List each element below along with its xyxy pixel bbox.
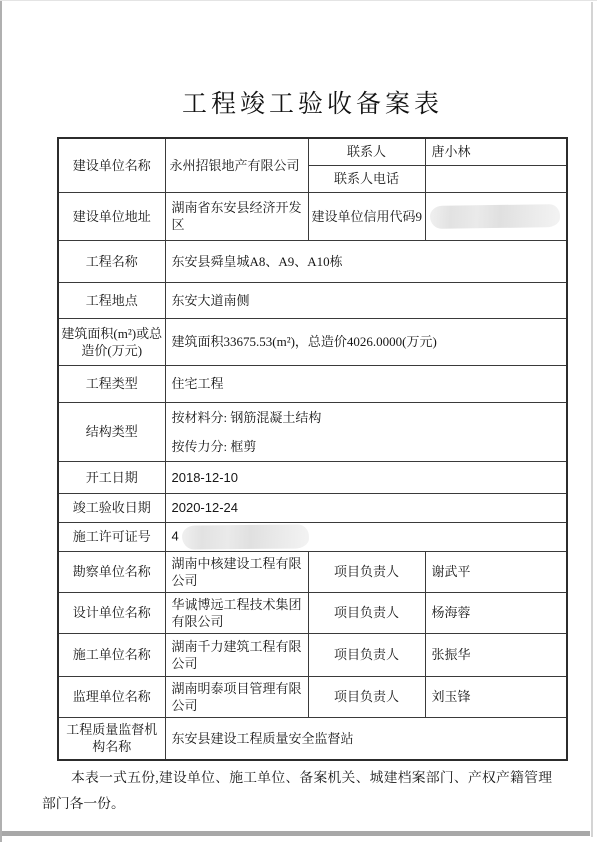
quality-org-label: 工程质量监督机构名称	[58, 717, 165, 760]
redaction-blob	[182, 524, 309, 549]
quality-org-value: 东安县建设工程质量安全监督站	[165, 717, 567, 760]
design-unit-value: 华诚博远工程技术集团有限公司	[165, 592, 308, 633]
project-location-label: 工程地点	[58, 282, 165, 318]
supervisor-manager-label: 项目负责人	[308, 676, 425, 717]
table-row: 施工许可证号 4	[58, 522, 567, 551]
start-date-label: 开工日期	[58, 461, 165, 493]
owner-address-label: 建设单位地址	[58, 192, 165, 240]
permit-number-label: 施工许可证号	[58, 522, 165, 551]
survey-manager-label: 项目负责人	[308, 551, 425, 592]
builder-manager-value: 张振华	[425, 633, 567, 676]
project-name-label: 工程名称	[58, 240, 165, 282]
supervisor-unit-value: 湖南明泰项目管理有限公司	[165, 676, 308, 717]
redaction-blob	[429, 204, 559, 229]
contact-value: 唐小林	[425, 138, 567, 165]
filing-form-table: 建设单位名称 永州招银地产有限公司 联系人 唐小林 联系人电话 建设单位地址 湖…	[57, 137, 568, 761]
design-manager-label: 项目负责人	[308, 592, 425, 633]
project-type-value: 住宅工程	[165, 365, 567, 402]
footer-note: 本表一式五份,建设单位、施工单位、备案机关、城建档案部门、产权产籍管理部门各一份…	[42, 765, 552, 817]
contact-phone-value	[425, 165, 567, 192]
credit-code-value-cell	[425, 192, 567, 240]
table-row: 监理单位名称 湖南明泰项目管理有限公司 项目负责人 刘玉锋	[58, 676, 567, 717]
table-row: 勘察单位名称 湖南中核建设工程有限公司 项目负责人 谢武平	[58, 551, 567, 592]
supervisor-manager-value: 刘玉锋	[425, 676, 567, 717]
structure-by-force: 按传力分: 框剪	[172, 438, 563, 455]
project-type-label: 工程类型	[58, 365, 165, 402]
start-date-value: 2018-12-10	[165, 461, 567, 493]
area-cost-value: 建筑面积33675.53(m²)，总造价4026.0000(万元)	[165, 318, 567, 365]
project-location-value: 东安大道南侧	[165, 282, 567, 318]
builder-unit-label: 施工单位名称	[58, 633, 165, 676]
table-row: 建设单位地址 湖南省东安县经济开发区 建设单位信用代码9	[58, 192, 567, 240]
page-edge-shadow-left	[0, 0, 2, 842]
table-row: 工程质量监督机构名称 东安县建设工程质量安全监督站	[58, 717, 567, 760]
page-edge-shadow-right	[591, 2, 593, 837]
table-row: 设计单位名称 华诚博远工程技术集团有限公司 项目负责人 杨海蓉	[58, 592, 567, 633]
scanned-form-page: 工程竣工验收备案表 建设单位名称 永州招银地产有限公司 联系人 唐小林 联系人电…	[0, 0, 597, 842]
survey-unit-value: 湖南中核建设工程有限公司	[165, 551, 308, 592]
permit-number-value: 4	[165, 522, 567, 551]
owner-name-label: 建设单位名称	[58, 138, 165, 192]
page-edge-shadow-top	[0, 0, 597, 1]
contact-label: 联系人	[308, 138, 425, 165]
design-manager-value: 杨海蓉	[425, 592, 567, 633]
owner-name-value: 永州招银地产有限公司	[165, 138, 308, 192]
acceptance-date-value: 2020-12-24	[165, 493, 567, 522]
structure-type-label: 结构类型	[58, 402, 165, 461]
table-row: 施工单位名称 湖南千力建筑工程有限公司 项目负责人 张振华	[58, 633, 567, 676]
form-title: 工程竣工验收备案表	[57, 84, 568, 120]
survey-manager-value: 谢武平	[425, 551, 567, 592]
project-name-value: 东安县舜皇城A8、A9、A10栋	[165, 240, 567, 282]
table-row: 结构类型 按材料分: 钢筋混凝土结构 按传力分: 框剪	[58, 402, 567, 461]
table-row: 工程地点 东安大道南侧	[58, 282, 567, 318]
owner-address-value: 湖南省东安县经济开发区	[165, 192, 308, 240]
table-row: 开工日期 2018-12-10	[58, 461, 567, 493]
builder-manager-label: 项目负责人	[308, 633, 425, 676]
acceptance-date-label: 竣工验收日期	[58, 493, 165, 522]
contact-phone-label: 联系人电话	[308, 165, 425, 192]
page-edge-shadow-bottom	[2, 831, 590, 836]
table-row: 建筑面积(m²)或总造价(万元) 建筑面积33675.53(m²)，总造价402…	[58, 318, 567, 365]
table-row: 工程类型 住宅工程	[58, 365, 567, 402]
credit-code-label: 建设单位信用代码9	[308, 192, 425, 240]
structure-type-value: 按材料分: 钢筋混凝土结构 按传力分: 框剪	[165, 402, 567, 461]
table-row: 建设单位名称 永州招银地产有限公司 联系人 唐小林	[58, 138, 567, 165]
table-row: 工程名称 东安县舜皇城A8、A9、A10栋	[58, 240, 567, 282]
table-row: 竣工验收日期 2020-12-24	[58, 493, 567, 522]
builder-unit-value: 湖南千力建筑工程有限公司	[165, 633, 308, 676]
area-cost-label: 建筑面积(m²)或总造价(万元)	[58, 318, 165, 365]
supervisor-unit-label: 监理单位名称	[58, 676, 165, 717]
design-unit-label: 设计单位名称	[58, 592, 165, 633]
permit-visible-prefix: 4	[172, 528, 179, 543]
structure-by-material: 按材料分: 钢筋混凝土结构	[172, 409, 563, 426]
survey-unit-label: 勘察单位名称	[58, 551, 165, 592]
